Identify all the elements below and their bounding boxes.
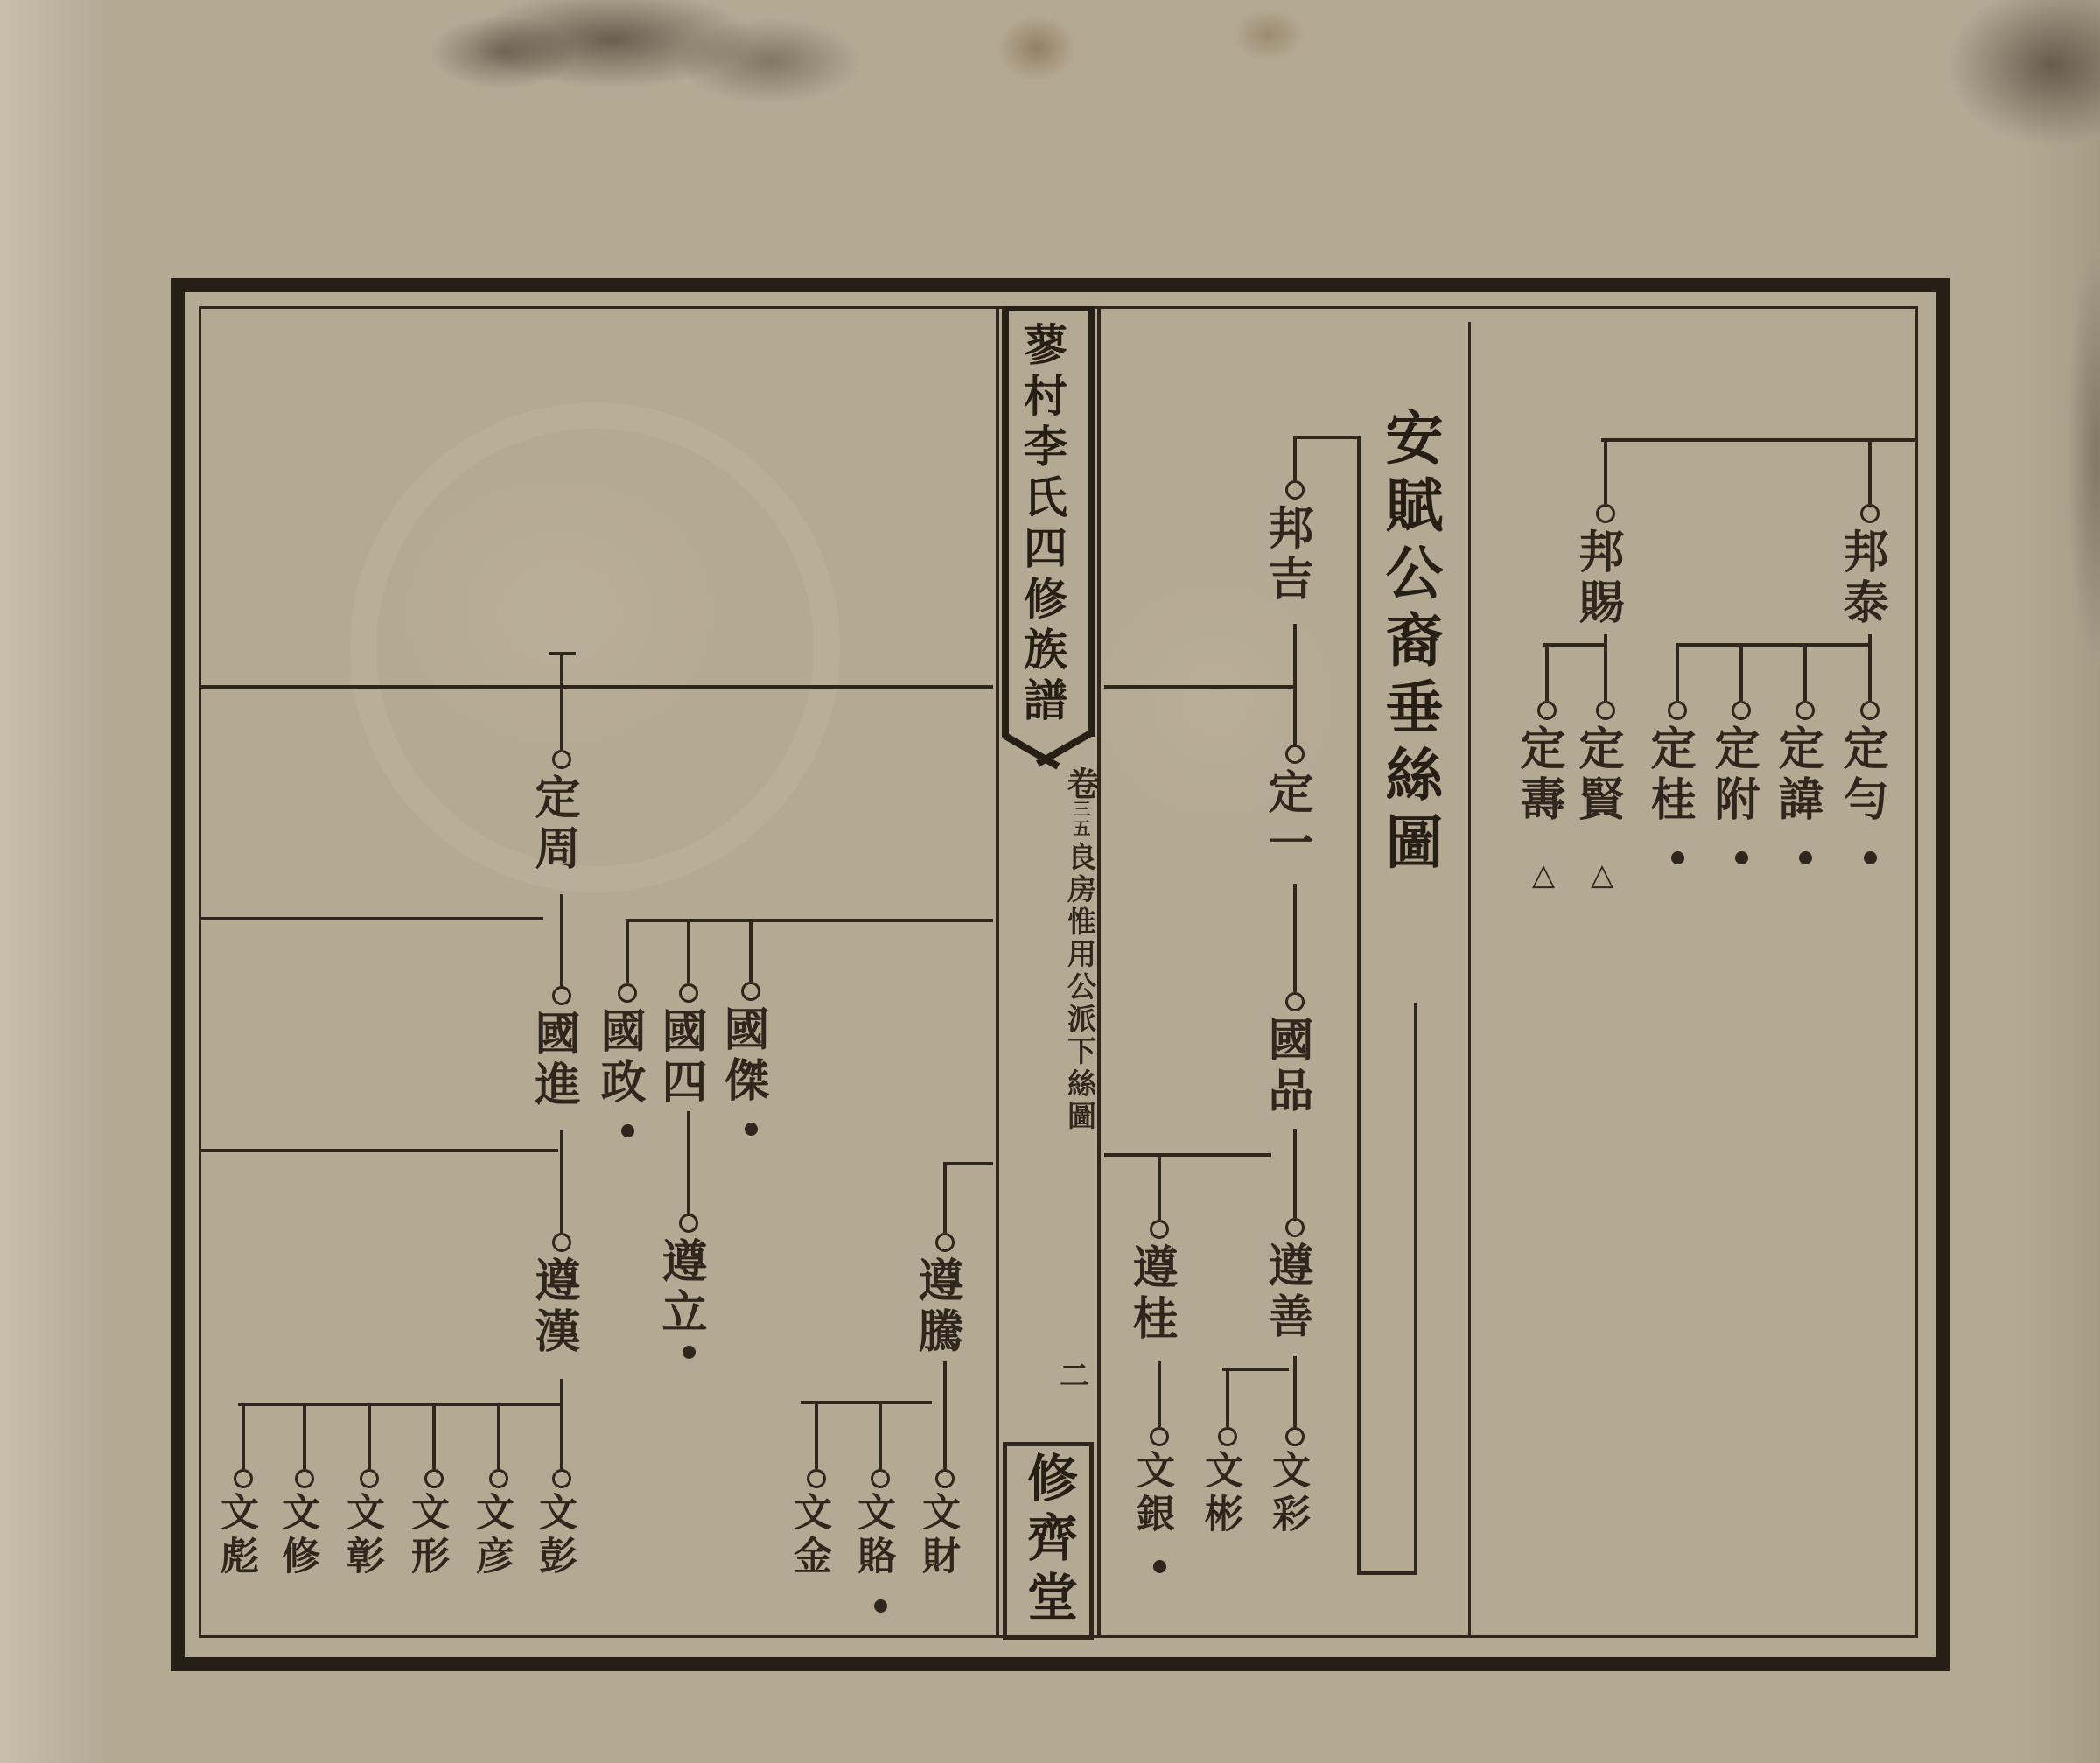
person-name: 定周 xyxy=(537,773,586,875)
person-circle xyxy=(360,1469,379,1488)
person-name: 文彰 xyxy=(349,1492,389,1579)
descent-line xyxy=(943,1162,947,1233)
descent-line xyxy=(560,1130,563,1233)
person-circle xyxy=(1596,504,1615,523)
bangtai-sons-bar xyxy=(1677,643,1872,647)
descent-line xyxy=(1604,634,1607,701)
page-number: 二 xyxy=(1060,1352,1089,1395)
person-circle xyxy=(1218,1427,1237,1446)
descent-line xyxy=(815,1401,818,1469)
descent-line xyxy=(1293,624,1297,745)
descent-line xyxy=(626,919,629,983)
person-circle xyxy=(552,1469,571,1488)
person-name: 定夀 xyxy=(1522,724,1571,826)
person-name: 邦吉 xyxy=(1270,504,1319,605)
person-name: 文彦 xyxy=(479,1492,519,1579)
person-circle xyxy=(1285,480,1305,500)
descent-line xyxy=(1739,643,1743,701)
descent-line xyxy=(1803,643,1807,701)
left-zun-generation-line xyxy=(199,1149,558,1152)
person-name: 文彭 xyxy=(542,1492,582,1579)
person-name: 定勻 xyxy=(1845,724,1894,826)
descent-line xyxy=(749,919,752,982)
person-name: 遵騰 xyxy=(920,1256,969,1358)
descent-line xyxy=(687,919,690,983)
person-circle xyxy=(741,982,760,1001)
descent-line xyxy=(1676,643,1679,701)
person-circle xyxy=(679,983,698,1003)
person-circle xyxy=(679,1214,698,1233)
descent-line xyxy=(1604,438,1607,504)
person-name: 文賂 xyxy=(860,1492,900,1579)
person-circle xyxy=(1732,701,1751,720)
person-circle xyxy=(1860,701,1879,720)
daughter-triangle: △ xyxy=(1532,860,1555,890)
person-name: 定桂 xyxy=(1653,724,1702,826)
descendant-dot xyxy=(1864,851,1877,864)
person-circle xyxy=(618,983,637,1003)
guo-sons-bar xyxy=(626,919,993,922)
person-name: 邦泰 xyxy=(1845,528,1894,629)
descent-line xyxy=(432,1403,436,1469)
person-circle xyxy=(1285,1427,1305,1446)
scanned-genealogy-page: 蓼村李氏四修族譜 卷三五 良房惟用公派下絲圖 二 修齊堂 安賦公裔垂絲圖 邦泰邦… xyxy=(0,0,2100,1763)
person-circle xyxy=(871,1469,890,1488)
person-circle xyxy=(1596,701,1615,720)
descent-line xyxy=(560,652,563,750)
descendant-dot xyxy=(874,1599,887,1613)
hall-name-box: 修齊堂 xyxy=(1003,1442,1094,1640)
descent-line xyxy=(1357,436,1361,1575)
person-name: 定諱 xyxy=(1781,724,1830,826)
left-ding-generation-line xyxy=(199,685,993,689)
person-circle xyxy=(1860,504,1879,523)
descendant-dot xyxy=(1153,1560,1166,1573)
person-circle xyxy=(1285,745,1305,764)
descent-line xyxy=(303,1403,306,1469)
section-divider-line xyxy=(1468,322,1471,1638)
descent-line xyxy=(1868,634,1872,701)
descent-line xyxy=(1868,438,1872,504)
book-title: 蓼村李氏四修族譜 xyxy=(1023,322,1074,728)
zunteng-sons-bar xyxy=(801,1401,932,1404)
person-circle xyxy=(295,1469,314,1488)
descent-line xyxy=(560,894,563,986)
person-name: 文彬 xyxy=(1207,1450,1248,1537)
bangci-sons-bar xyxy=(1543,643,1607,647)
person-name: 國傑 xyxy=(726,1005,775,1107)
person-name: 定附 xyxy=(1717,724,1766,826)
volume-number: 三五 xyxy=(1070,800,1091,838)
descent-line xyxy=(560,1379,563,1469)
person-circle xyxy=(1668,701,1687,720)
descendant-dot xyxy=(682,1346,696,1359)
person-circle xyxy=(489,1469,508,1488)
person-name: 國品 xyxy=(1270,1016,1319,1117)
mid-zun-generation-line xyxy=(1104,1153,1271,1157)
person-circle xyxy=(935,1469,955,1488)
person-name: 文金 xyxy=(796,1492,836,1579)
person-circle xyxy=(807,1469,826,1488)
person-name: 遵桂 xyxy=(1135,1243,1184,1345)
person-circle xyxy=(1537,701,1557,720)
person-circle xyxy=(1795,701,1815,720)
hook-bottom xyxy=(1359,1571,1417,1575)
descent-line xyxy=(1226,1368,1229,1427)
left-guo-generation-line xyxy=(199,917,543,920)
person-circle xyxy=(234,1469,253,1488)
person-name: 國四 xyxy=(664,1007,713,1109)
person-name: 文財 xyxy=(925,1492,965,1579)
person-name: 邦賜 xyxy=(1581,528,1630,629)
person-circle xyxy=(1285,992,1305,1011)
person-name: 文銀 xyxy=(1139,1450,1179,1537)
person-circle xyxy=(552,986,571,1005)
descent-line xyxy=(1293,1129,1297,1218)
descendant-dot xyxy=(745,1123,758,1136)
descent-line xyxy=(943,1361,947,1469)
person-circle xyxy=(1150,1220,1169,1239)
descent-line xyxy=(878,1401,882,1469)
descendant-dot xyxy=(621,1124,634,1137)
person-circle xyxy=(935,1233,955,1252)
person-name: 文彩 xyxy=(1275,1450,1315,1537)
person-name: 國政 xyxy=(603,1007,652,1109)
descent-line xyxy=(1293,884,1297,992)
descent-line xyxy=(1545,643,1549,701)
zunteng-stub xyxy=(945,1162,993,1165)
descent-line xyxy=(687,1111,690,1214)
hook-top xyxy=(1293,436,1361,439)
daughter-triangle: △ xyxy=(1591,860,1613,890)
left-wen-bar xyxy=(238,1403,563,1406)
person-name: 文修 xyxy=(284,1492,325,1579)
mid-ding-generation-line xyxy=(1104,685,1297,689)
descent-line xyxy=(367,1403,371,1469)
person-circle xyxy=(424,1469,444,1488)
person-name: 文形 xyxy=(414,1492,454,1579)
person-circle xyxy=(552,1233,571,1252)
person-circle xyxy=(1150,1427,1169,1446)
descent-line xyxy=(497,1403,500,1469)
spine-left-line xyxy=(996,306,999,1638)
person-name: 定賢 xyxy=(1581,724,1630,826)
descent-line xyxy=(1293,436,1297,480)
person-name: 遵立 xyxy=(664,1237,713,1339)
person-name: 國進 xyxy=(537,1010,586,1111)
volume-label: 卷三五 xyxy=(1057,766,1105,838)
person-name: 遵漢 xyxy=(537,1256,586,1358)
volume-subtitle: 良房惟用公派下絲圖 xyxy=(1060,842,1101,1133)
volume-char: 卷 xyxy=(1061,766,1100,800)
descent-line xyxy=(1158,1153,1161,1220)
person-circle xyxy=(552,750,571,769)
descendant-dot xyxy=(1671,851,1684,864)
descent-line xyxy=(1414,1003,1417,1575)
person-name: 定一 xyxy=(1270,768,1319,870)
person-name: 遵善 xyxy=(1270,1242,1319,1343)
hall-name: 修齊堂 xyxy=(1011,1452,1085,1630)
descent-line xyxy=(1158,1361,1161,1427)
person-circle xyxy=(1285,1218,1305,1237)
descendant-dot xyxy=(1735,851,1748,864)
section-title: 安賦公裔垂絲圖 xyxy=(1388,408,1451,879)
descent-line xyxy=(1293,1356,1297,1427)
person-name: 文彪 xyxy=(223,1492,263,1579)
wenbin-bar xyxy=(1222,1368,1289,1371)
descendant-dot xyxy=(1799,851,1812,864)
descent-line xyxy=(241,1403,245,1469)
